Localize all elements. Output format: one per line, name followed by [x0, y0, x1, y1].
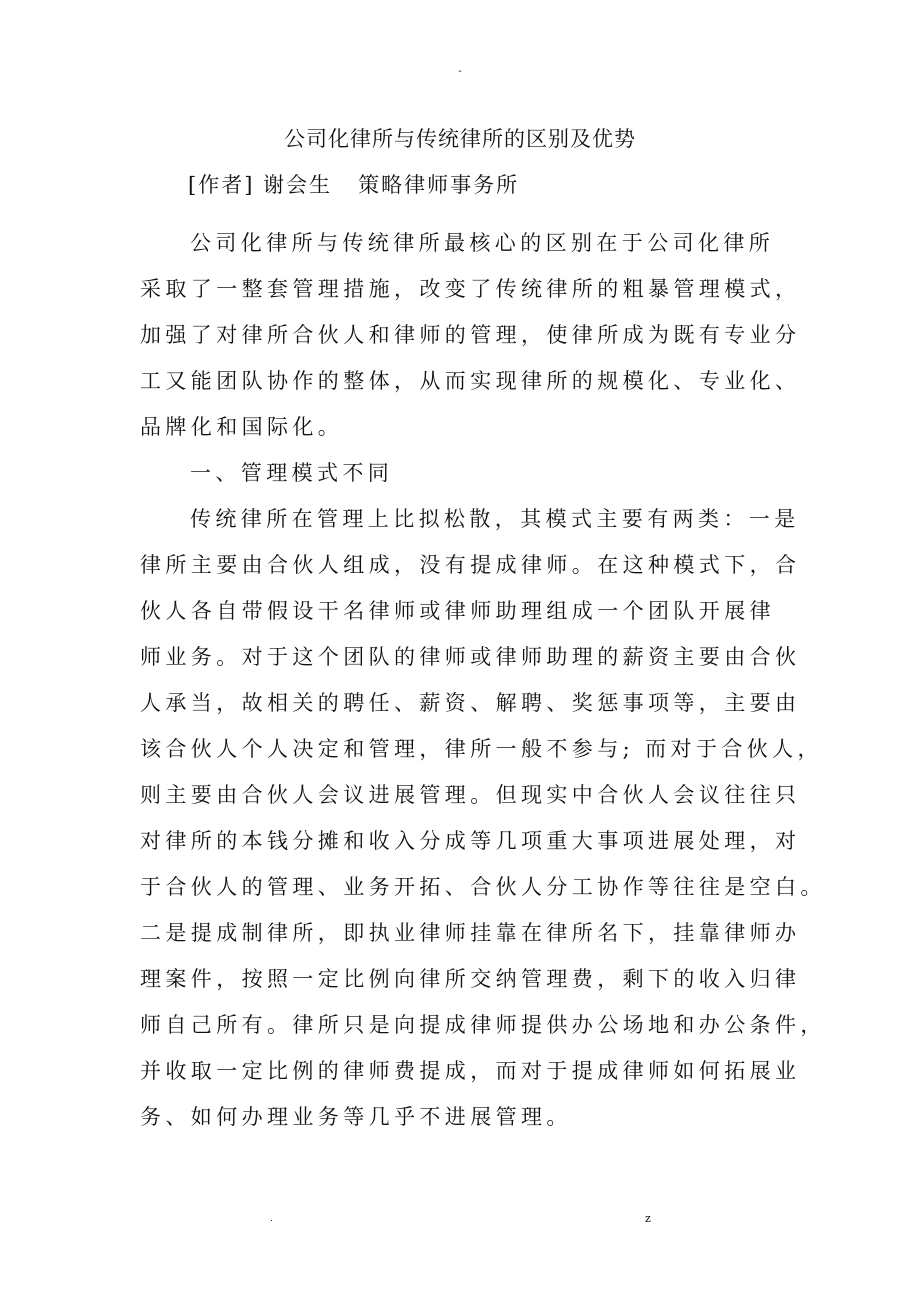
text-line: 该合伙人个人决定和管理，律所一般不参与; 而对于合伙人，	[140, 726, 784, 772]
text-line: 师业务。对于这个团队的律师或律师助理的薪资主要由合伙	[140, 634, 784, 680]
text-line: 师自己所有。律所只是向提成律师提供办公场地和办公条件，	[140, 1002, 784, 1048]
text-line: 对律所的本钱分摊和收入分成等几项重大事项进展处理，对	[140, 818, 784, 864]
text-line: 则主要由合伙人会议进展管理。但现实中合伙人会议往往只	[140, 772, 784, 818]
text-line: 伙人各自带假设干名律师或律师助理组成一个团队开展律	[140, 588, 784, 634]
text-line: 并收取一定比例的律师费提成，而对于提成律师如何拓展业	[140, 1048, 784, 1094]
footer-right-mark: z	[645, 1212, 651, 1225]
text-line: 人承当，故相关的聘任、薪资、解聘、奖惩事项等，主要由	[140, 680, 784, 726]
text-line: 于合伙人的管理、业务开拓、合伙人分工协作等往往是空白。	[140, 864, 784, 910]
author-line: [作者] 谢会生 策略律师事务所	[188, 170, 519, 200]
section-heading: 一、管理模式不同	[140, 450, 784, 496]
document-body: 公司化律所与传统律所最核心的区别在于公司化律所 采取了一整套管理措施，改变了传统…	[140, 220, 784, 1140]
document-title: 公司化律所与传统律所的区别及优势	[0, 124, 920, 154]
text-line: 品牌化和国际化。	[140, 404, 784, 450]
text-line: 传统律所在管理上比拟松散，其模式主要有两类：一是	[140, 496, 784, 542]
text-line: 律所主要由合伙人组成，没有提成律师。在这种模式下，合	[140, 542, 784, 588]
header-mark: -	[0, 66, 920, 78]
text-line: 采取了一整套管理措施，改变了传统律所的粗暴管理模式，	[140, 266, 784, 312]
text-line: 二是提成制律所，即执业律师挂靠在律所名下，挂靠律师办	[140, 910, 784, 956]
text-line: 工又能团队协作的整体，从而实现律所的规模化、专业化、	[140, 358, 784, 404]
text-line: 公司化律所与传统律所最核心的区别在于公司化律所	[140, 220, 784, 266]
text-line: 务、如何办理业务等几乎不进展管理。	[140, 1094, 784, 1140]
footer-left-mark: .	[270, 1214, 273, 1224]
text-line: 加强了对律所合伙人和律师的管理，使律所成为既有专业分	[140, 312, 784, 358]
text-line: 理案件，按照一定比例向律所交纳管理费，剩下的收入归律	[140, 956, 784, 1002]
